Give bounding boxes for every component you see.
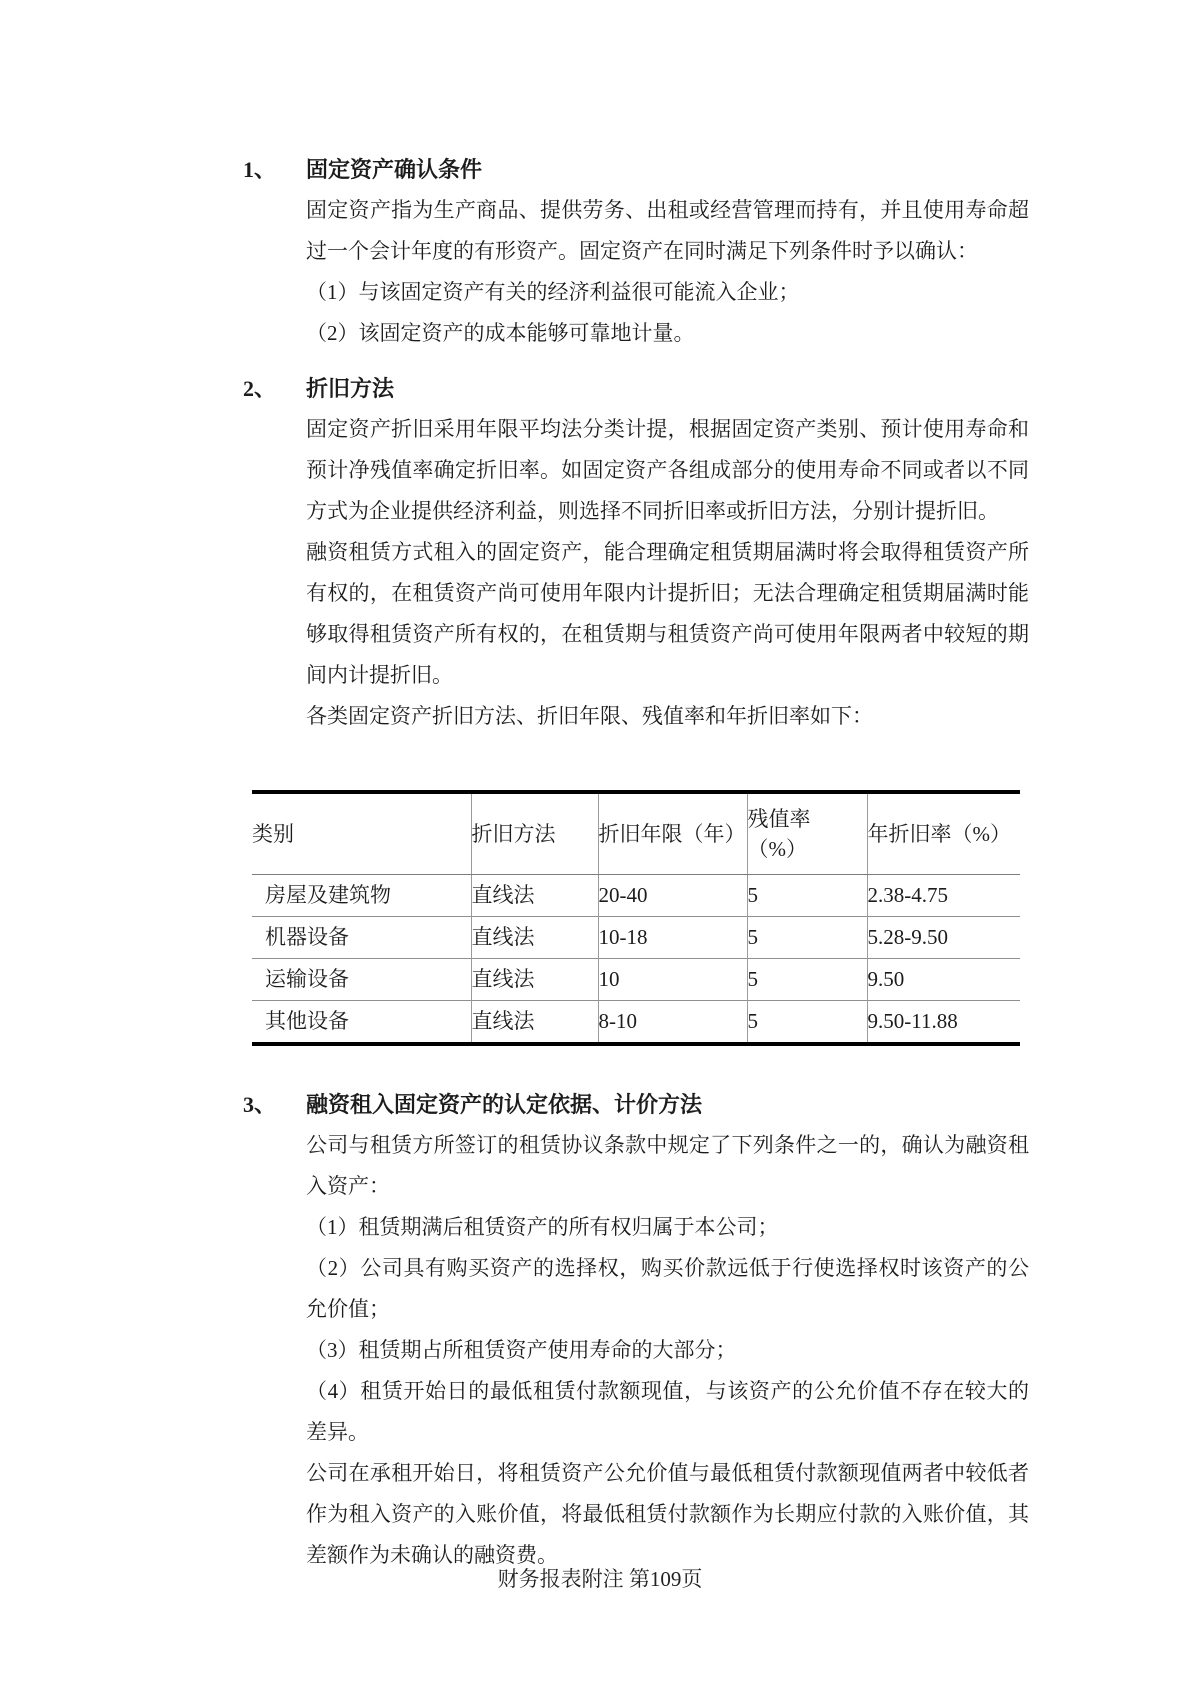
cell-residual-rate: 5: [747, 917, 867, 959]
section-heading: 2、 折旧方法: [243, 368, 1029, 409]
list-item: （3）租赁期占所租赁资产使用寿命的大部分；: [306, 1330, 1029, 1371]
page-content: 1、 固定资产确认条件 固定资产指为生产商品、提供劳务、出租或经营管理而持有，并…: [243, 149, 1029, 1576]
table-row: 房屋及建筑物 直线法 20-40 5 2.38-4.75: [252, 875, 1020, 917]
cell-residual-rate: 5: [747, 959, 867, 1001]
section-heading: 1、 固定资产确认条件: [243, 149, 1029, 190]
table-body: 房屋及建筑物 直线法 20-40 5 2.38-4.75 机器设备 直线法 10…: [252, 875, 1020, 1045]
paragraph: 固定资产指为生产商品、提供劳务、出租或经营管理而持有，并且使用寿命超过一个会计年…: [306, 190, 1029, 272]
page-footer: 财务报表附注 第109页: [0, 1559, 1200, 1600]
section-fixed-asset-recognition: 1、 固定资产确认条件 固定资产指为生产商品、提供劳务、出租或经营管理而持有，并…: [243, 149, 1029, 354]
cell-useful-life: 10-18: [598, 917, 747, 959]
cell-method: 直线法: [471, 1001, 598, 1045]
list-item: （1）租赁期满后租赁资产的所有权归属于本公司；: [306, 1207, 1029, 1248]
cell-residual-rate: 5: [747, 1001, 867, 1045]
section-body: 固定资产折旧采用年限平均法分类计提，根据固定资产类别、预计使用寿命和预计净残值率…: [306, 409, 1029, 1046]
paragraph: 公司在承租开始日，将租赁资产公允价值与最低租赁付款额现值两者中较低者作为租入资产…: [306, 1453, 1029, 1576]
section-finance-lease-assets: 3、 融资租入固定资产的认定依据、计价方法 公司与租赁方所签订的租赁协议条款中规…: [243, 1084, 1029, 1576]
cell-method: 直线法: [471, 875, 598, 917]
section-body: 公司与租赁方所签订的租赁协议条款中规定了下列条件之一的，确认为融资租入资产： （…: [306, 1125, 1029, 1576]
cell-residual-rate: 5: [747, 875, 867, 917]
section-number: 3、: [243, 1084, 306, 1125]
paragraph: 固定资产折旧采用年限平均法分类计提，根据固定资产类别、预计使用寿命和预计净残值率…: [306, 409, 1029, 532]
cell-category: 其他设备: [252, 1001, 471, 1045]
cell-category: 房屋及建筑物: [252, 875, 471, 917]
list-item: （2）该固定资产的成本能够可靠地计量。: [306, 313, 1029, 354]
header-cell-residual-rate: 残值率 （%）: [747, 792, 867, 875]
cell-useful-life: 10: [598, 959, 747, 1001]
paragraph: 公司与租赁方所签订的租赁协议条款中规定了下列条件之一的，确认为融资租入资产：: [306, 1125, 1029, 1207]
financial-notes-page: 1、 固定资产确认条件 固定资产指为生产商品、提供劳务、出租或经营管理而持有，并…: [0, 0, 1200, 1696]
section-number: 1、: [243, 149, 306, 190]
section-heading: 3、 融资租入固定资产的认定依据、计价方法: [243, 1084, 1029, 1125]
header-cell-category: 类别: [252, 792, 471, 875]
section-body: 固定资产指为生产商品、提供劳务、出租或经营管理而持有，并且使用寿命超过一个会计年…: [306, 190, 1029, 354]
table-header: 类别 折旧方法 折旧年限（年） 残值率 （%） 年折旧率（%）: [252, 792, 1020, 875]
header-cell-annual-rate: 年折旧率（%）: [867, 792, 1020, 875]
header-cell-method: 折旧方法: [471, 792, 598, 875]
section-title: 折旧方法: [306, 368, 394, 409]
cell-category: 机器设备: [252, 917, 471, 959]
table-row: 其他设备 直线法 8-10 5 9.50-11.88: [252, 1001, 1020, 1045]
section-title: 固定资产确认条件: [306, 149, 482, 190]
section-depreciation-method: 2、 折旧方法 固定资产折旧采用年限平均法分类计提，根据固定资产类别、预计使用寿…: [243, 368, 1029, 1046]
section-title: 融资租入固定资产的认定依据、计价方法: [306, 1084, 702, 1125]
cell-method: 直线法: [471, 959, 598, 1001]
table-row: 运输设备 直线法 10 5 9.50: [252, 959, 1020, 1001]
list-item: （2）公司具有购买资产的选择权，购买价款远低于行使选择权时该资产的公允价值；: [306, 1248, 1029, 1330]
cell-method: 直线法: [471, 917, 598, 959]
list-item: （4）租赁开始日的最低租赁付款额现值，与该资产的公允价值不存在较大的差异。: [306, 1371, 1029, 1453]
cell-annual-rate: 2.38-4.75: [867, 875, 1020, 917]
paragraph: 融资租赁方式租入的固定资产，能合理确定租赁期届满时将会取得租赁资产所有权的，在租…: [306, 532, 1029, 696]
cell-useful-life: 20-40: [598, 875, 747, 917]
header-cell-useful-life: 折旧年限（年）: [598, 792, 747, 875]
section-number: 2、: [243, 368, 306, 409]
cell-useful-life: 8-10: [598, 1001, 747, 1045]
cell-annual-rate: 9.50: [867, 959, 1020, 1001]
depreciation-table: 类别 折旧方法 折旧年限（年） 残值率 （%） 年折旧率（%） 房屋及建筑物 直…: [252, 790, 1020, 1046]
table-row: 机器设备 直线法 10-18 5 5.28-9.50: [252, 917, 1020, 959]
cell-annual-rate: 5.28-9.50: [867, 917, 1020, 959]
list-item: （1）与该固定资产有关的经济利益很可能流入企业；: [306, 272, 1029, 313]
cell-annual-rate: 9.50-11.88: [867, 1001, 1020, 1045]
cell-category: 运输设备: [252, 959, 471, 1001]
table-header-row: 类别 折旧方法 折旧年限（年） 残值率 （%） 年折旧率（%）: [252, 792, 1020, 875]
paragraph: 各类固定资产折旧方法、折旧年限、残值率和年折旧率如下：: [306, 696, 1029, 737]
